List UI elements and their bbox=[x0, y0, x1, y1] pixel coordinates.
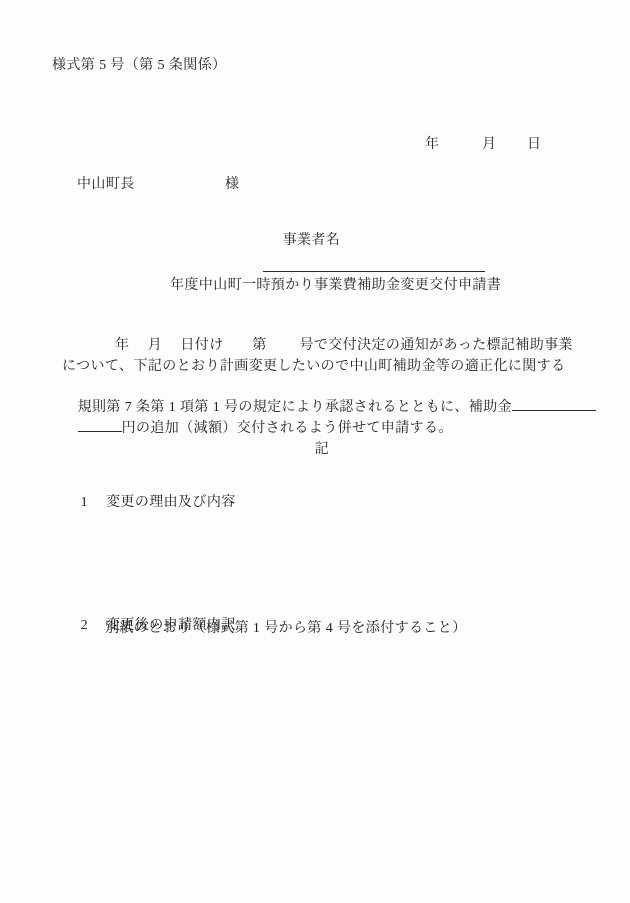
body-paragraph-line-2: について、下記のとおり計画変更したいので中山町補助金等の適正化に関する bbox=[62, 358, 565, 376]
list-item-2-note: 別紙のとおり（様式第 1 号から第 4 号を添付すること） bbox=[105, 620, 467, 638]
list-item-1-label: 変更の理由及び内容 bbox=[106, 495, 236, 510]
date-day-label: 日 bbox=[527, 136, 541, 154]
addressee-name: 中山町長 bbox=[77, 176, 135, 194]
applicant-name-field: 事業者名 bbox=[263, 214, 485, 272]
record-marker: 記 bbox=[62, 441, 582, 459]
body-paragraph-line-4-text: 円の追加（減額）交付されるよう併せて申請する。 bbox=[122, 421, 453, 436]
date-year-label: 年 bbox=[425, 136, 439, 154]
addressee-honorific: 様 bbox=[225, 176, 239, 194]
list-item-1: 1変更の理由及び内容 bbox=[65, 476, 236, 531]
form-number: 様式第 5 号（第 5 条関係） bbox=[52, 57, 226, 75]
document-title: 年度中山町一時預かり事業費補助金変更交付申請書 bbox=[170, 277, 501, 295]
applicant-name-label: 事業者名 bbox=[283, 233, 341, 248]
document-page: 様式第 5 号（第 5 条関係） 年 月 日 中山町長 様 事業者名 年度中山町… bbox=[0, 0, 630, 903]
grant-amount-blank-line-continued bbox=[78, 417, 122, 432]
date-month-label: 月 bbox=[482, 136, 496, 154]
body-paragraph-line-1: 年 月 日付け 第 号で交付決定の通知があった標記補助事業 bbox=[115, 337, 573, 355]
list-item-2-number: 2 bbox=[81, 617, 88, 635]
grant-amount-blank-line bbox=[512, 396, 596, 411]
list-item-1-number: 1 bbox=[81, 494, 88, 512]
